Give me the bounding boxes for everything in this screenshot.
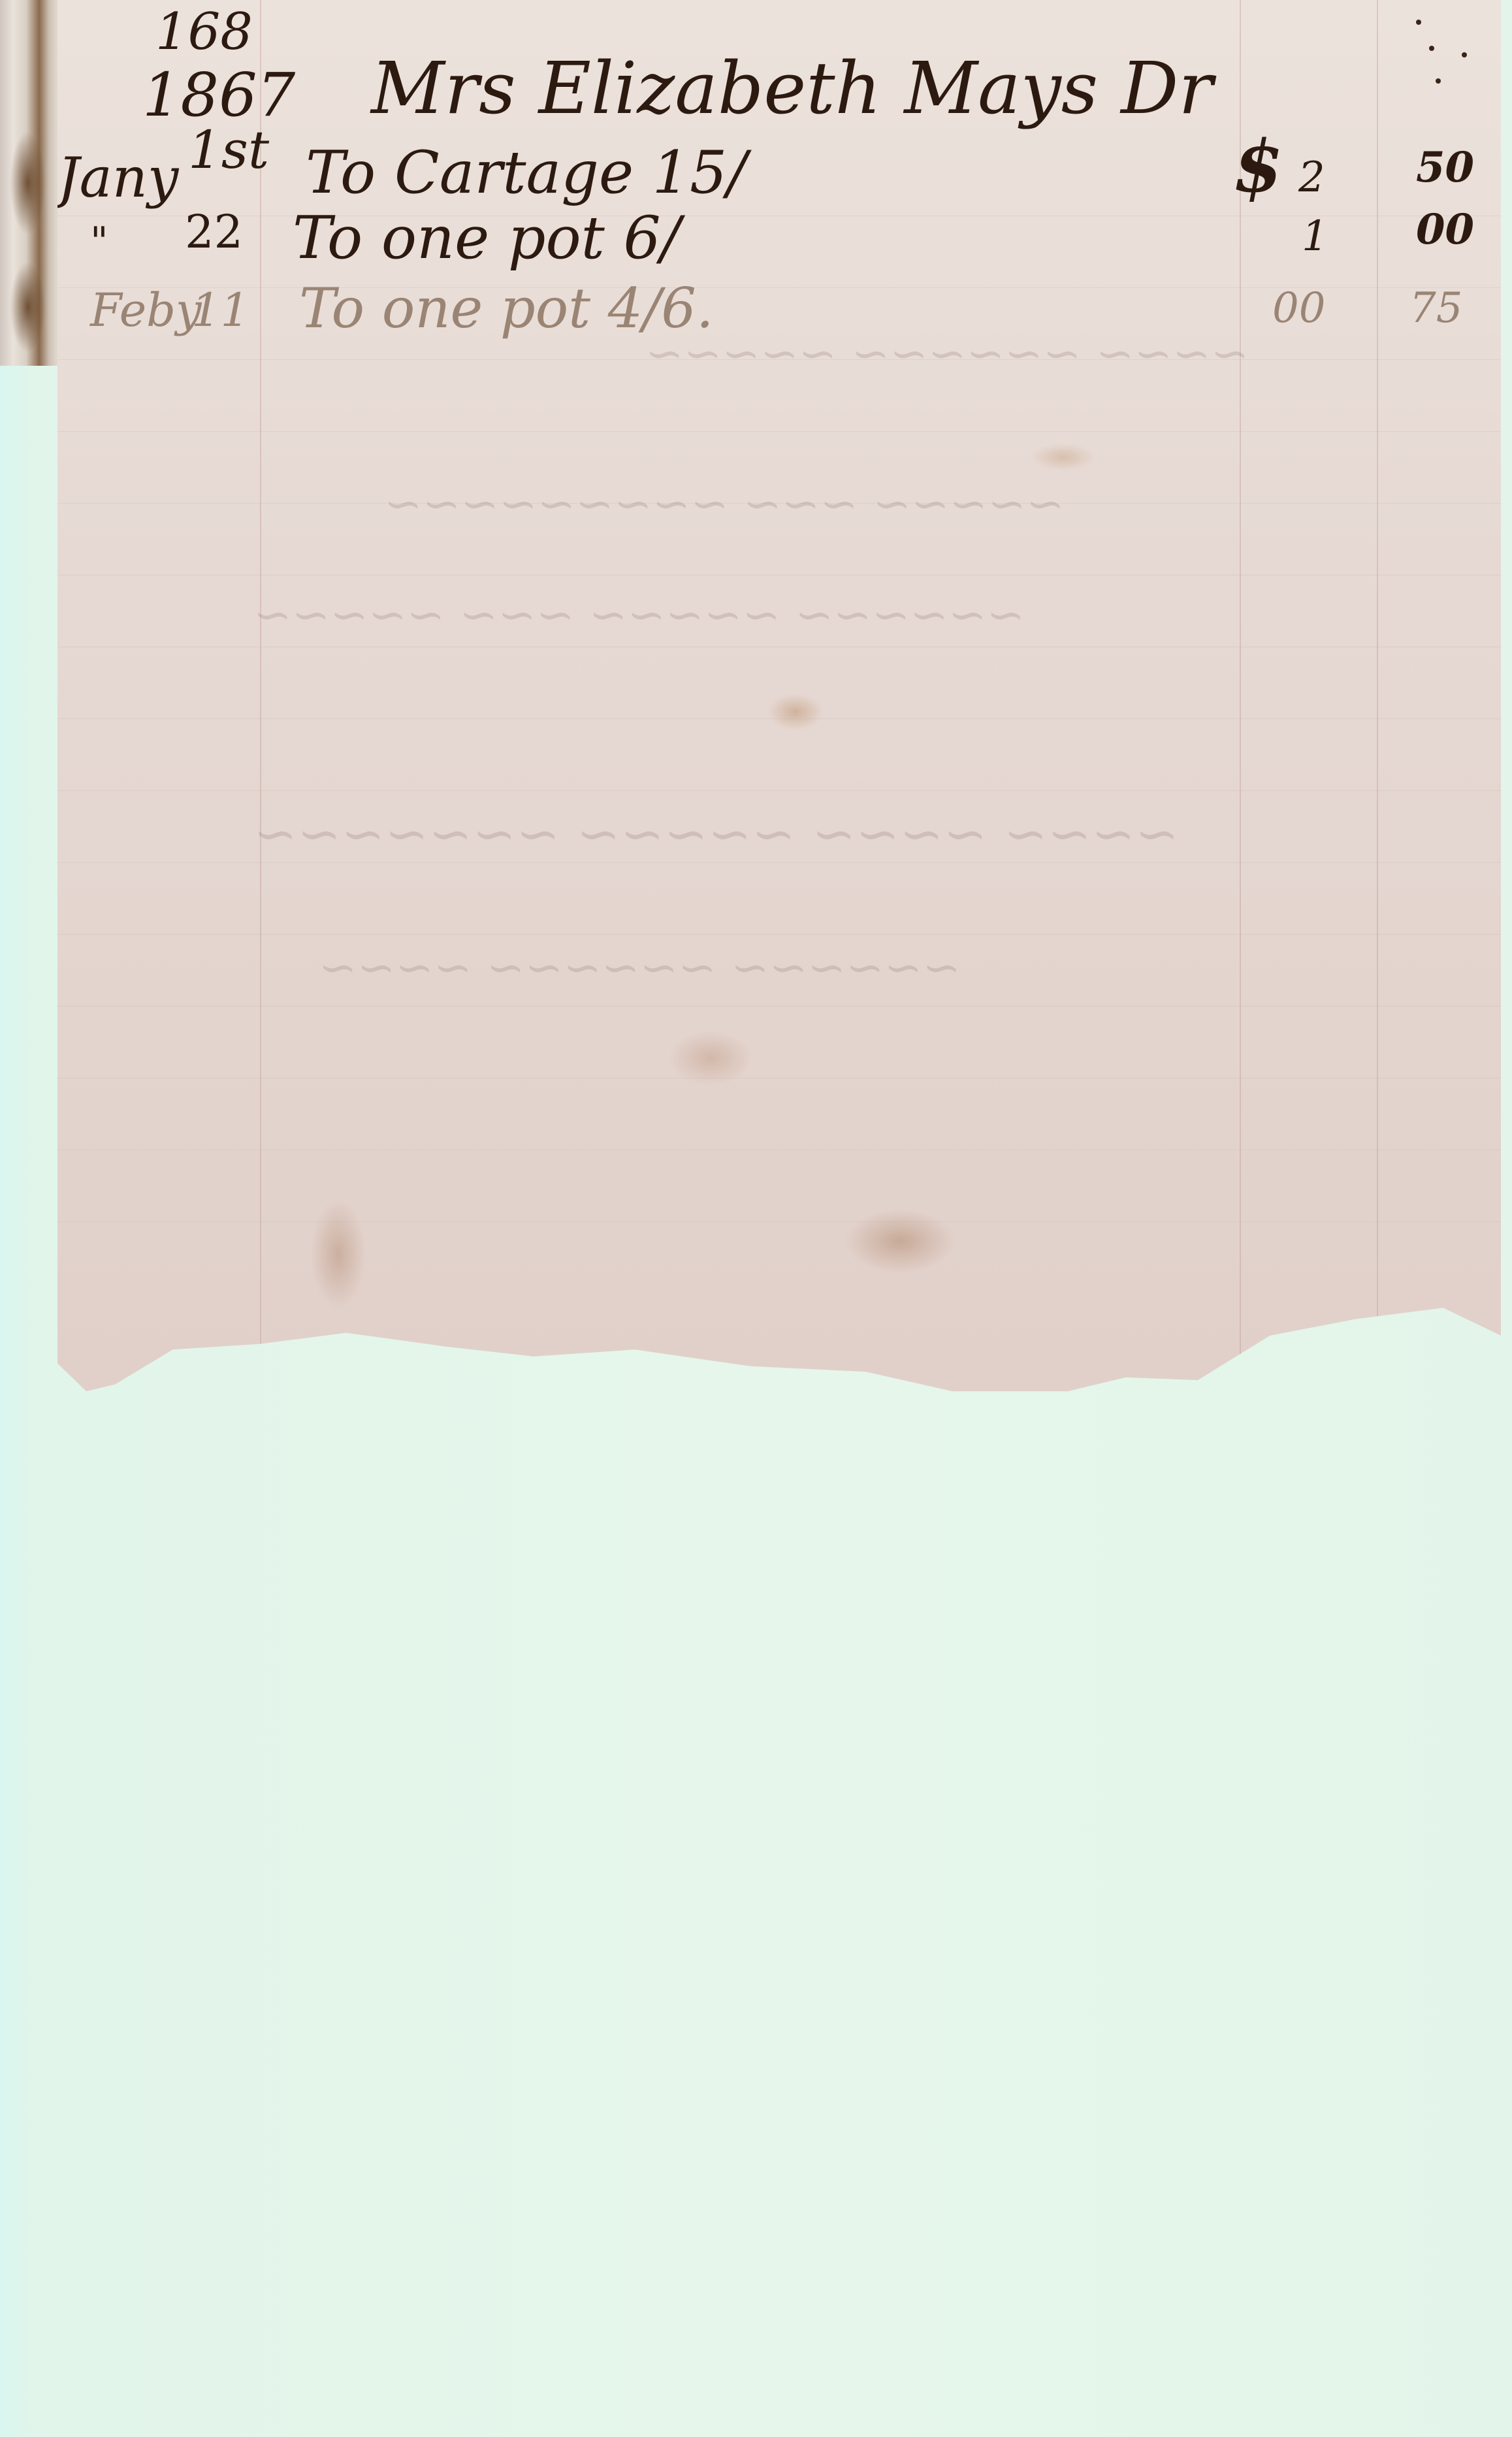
entry-cents: 00 <box>1416 209 1474 251</box>
entry-cents: 75 <box>1409 287 1462 329</box>
ruled-line <box>57 1078 1501 1078</box>
entry-dollars: 1 <box>1302 216 1328 257</box>
entry-description: To one pot 4/6. <box>299 281 714 336</box>
cents-column-rule <box>1377 0 1378 1391</box>
ruled-line <box>57 216 1501 216</box>
bleed-through-text: ~~~~~~ ~~~~~ ~~~ ~~~~~ <box>253 588 1025 641</box>
ledger-year: 1867 <box>142 65 295 125</box>
ruled-line <box>57 718 1501 719</box>
ruled-line <box>57 1006 1501 1007</box>
ink-stain <box>10 261 46 353</box>
date-column-rule <box>260 0 261 1391</box>
page-number: 168 <box>155 7 253 57</box>
ruled-line <box>57 1150 1501 1150</box>
entry-day: 22 <box>185 209 243 255</box>
entry-dollars: 00 <box>1272 287 1325 329</box>
entry-description: To one pot 6/ <box>293 209 681 268</box>
ink-dots <box>1416 13 1468 91</box>
ruled-line <box>57 431 1501 432</box>
ruled-line <box>57 647 1501 647</box>
bleed-through-text: ~~~~ ~~~~~~ ~~~~~ <box>645 327 1249 380</box>
entry-description: To Cartage 15/ <box>306 144 747 202</box>
entry-month: Jany <box>57 150 178 205</box>
ruled-line <box>57 1221 1501 1222</box>
bleed-through-text: ~~~~~~ ~~~~~~ ~~~~ <box>319 941 961 994</box>
entry-month: " <box>90 222 108 261</box>
entry-day: 11 <box>191 287 249 333</box>
ruled-line <box>57 575 1501 575</box>
bleed-through-text: ~~~~ ~~~~ ~~~~~ ~~~~~~~ <box>253 803 1179 864</box>
ruled-line <box>57 934 1501 935</box>
entry-dollars: 2 <box>1298 157 1325 199</box>
account-heading: Mrs Elizabeth Mays Dr <box>371 52 1213 124</box>
binding-edge <box>0 0 59 366</box>
entry-day: 1st <box>188 124 269 176</box>
dollar-sign-icon: $ <box>1233 131 1283 202</box>
entry-cents: 50 <box>1416 147 1474 189</box>
ledger-page: ~~~~ ~~~~~~ ~~~~~ ~~~~~ ~~~ ~~~~~~~~~ ~~… <box>57 0 1501 1391</box>
ink-stain <box>10 131 46 235</box>
dollar-column-rule <box>1240 0 1241 1391</box>
entry-month: Feby <box>90 287 202 333</box>
ruled-line <box>57 790 1501 791</box>
bleed-through-text: ~~~~~ ~~~ ~~~~~~~~~ <box>384 477 1065 530</box>
